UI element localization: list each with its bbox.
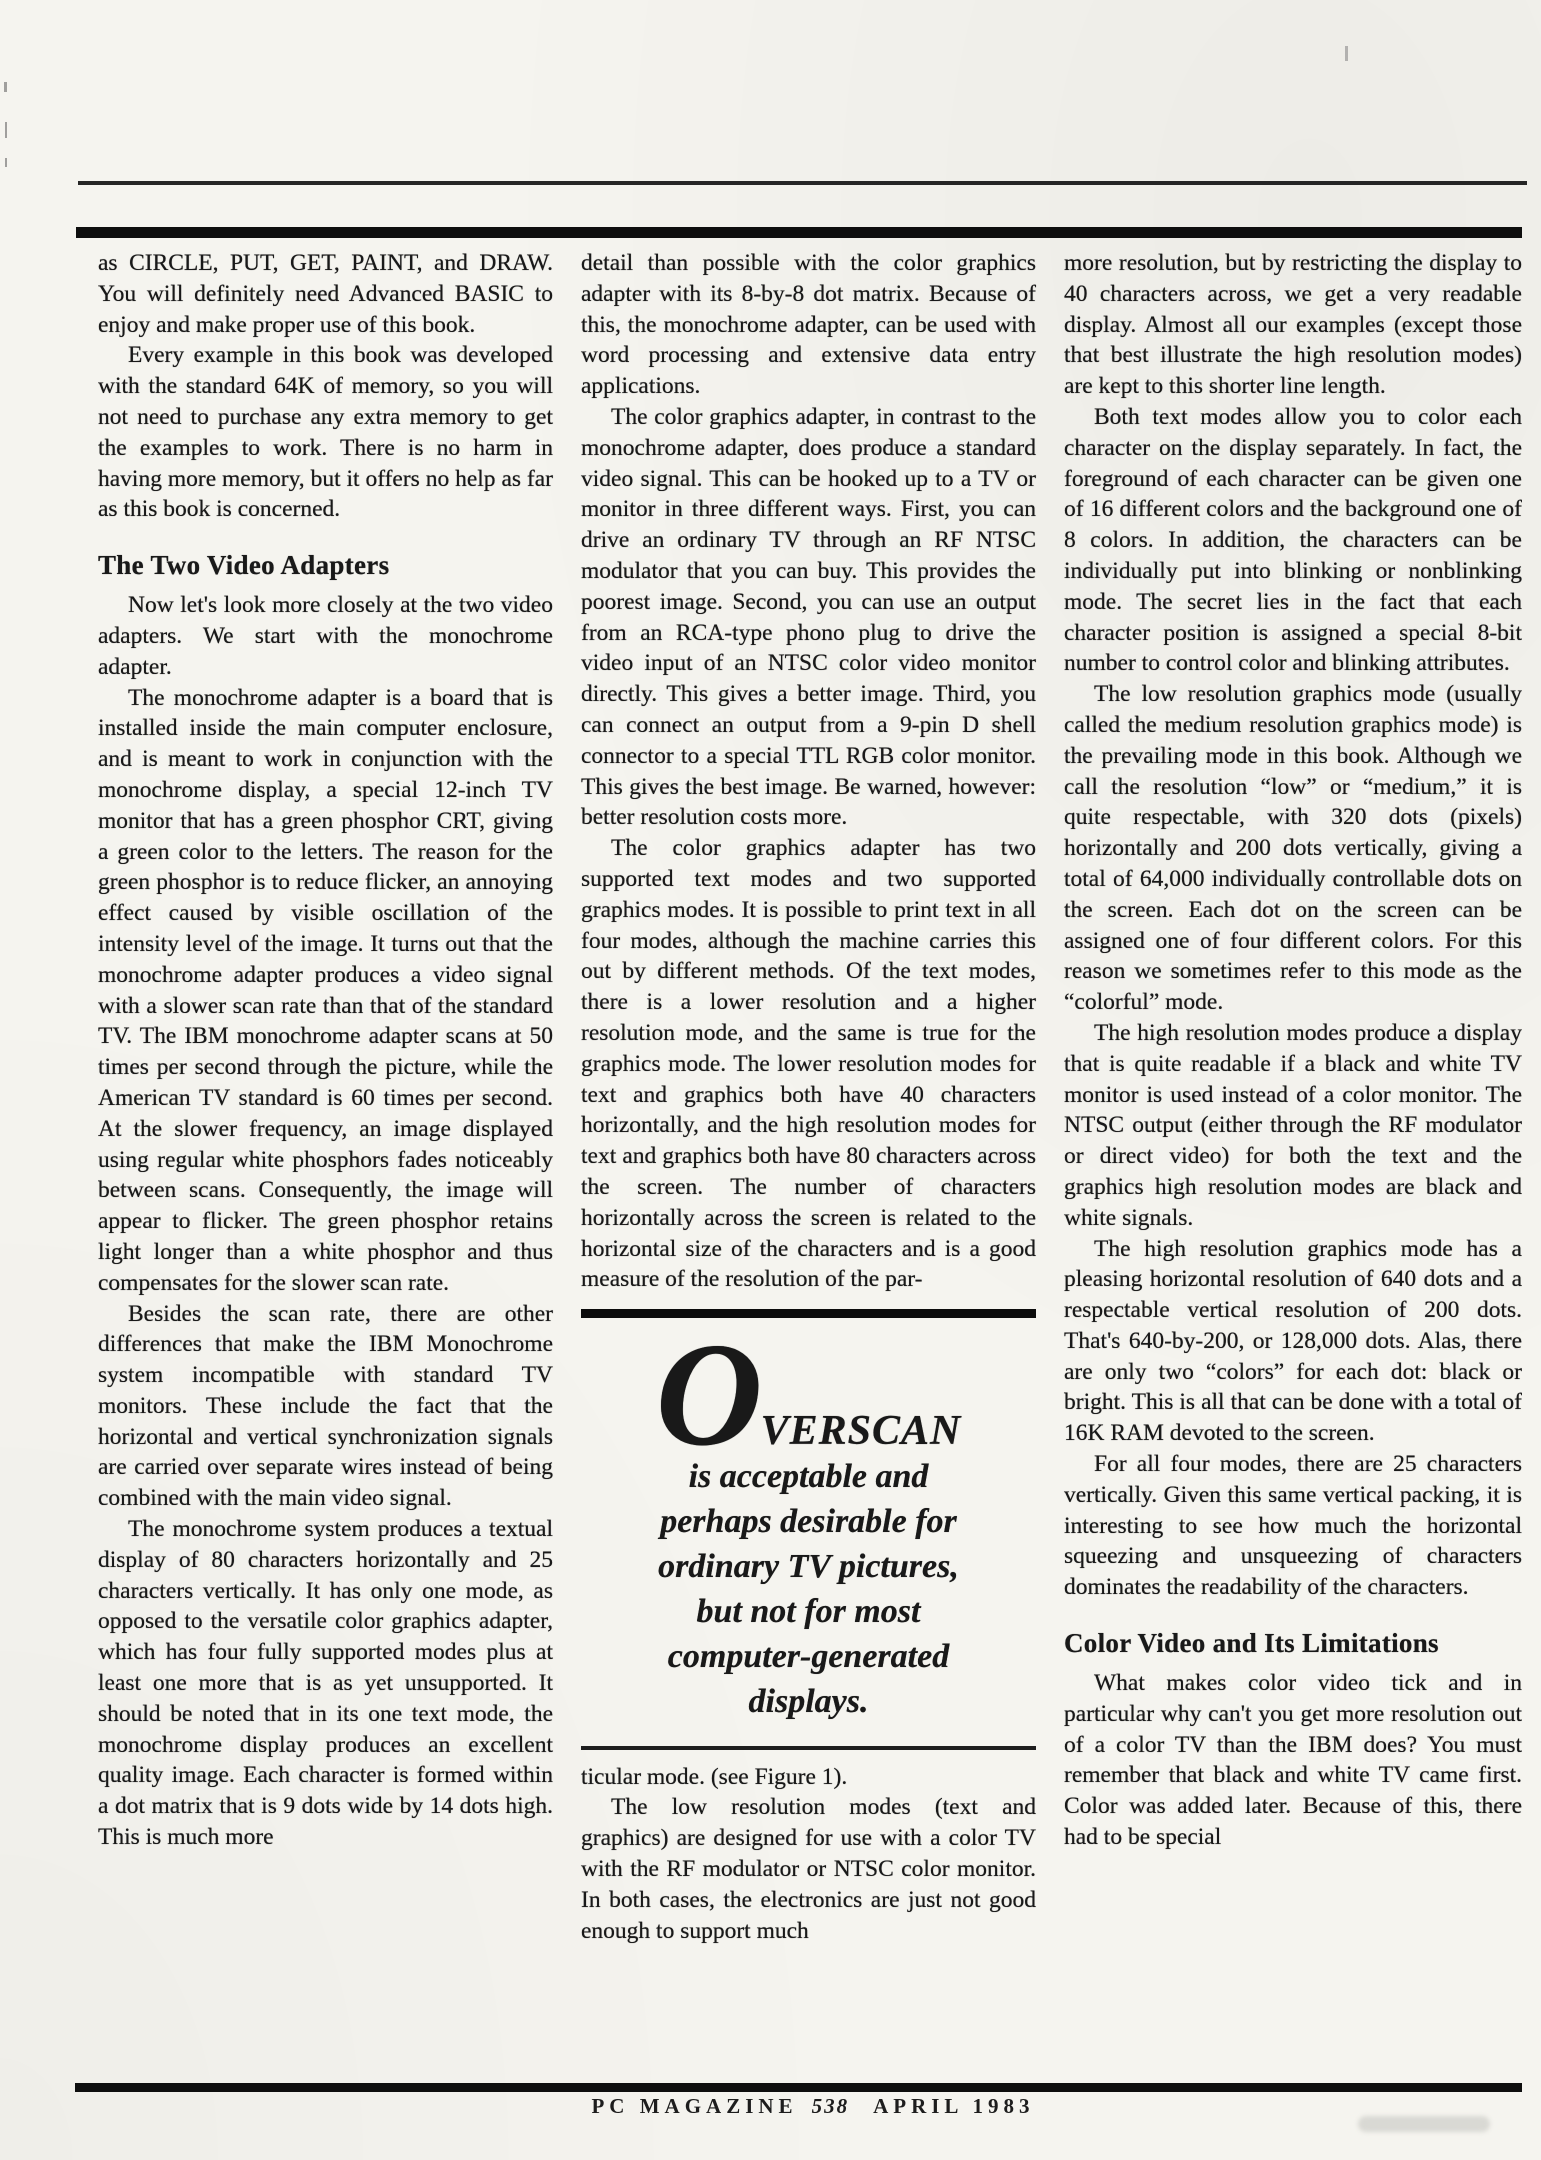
body-paragraph: The color graphics adapter, in contrast … — [581, 402, 1036, 833]
article-columns: as CIRCLE, PUT, GET, PAINT, and DRAW. Yo… — [98, 248, 1522, 2080]
scan-smudge-artifact — [1358, 2116, 1490, 2132]
body-paragraph: more resolution, but by restricting the … — [1064, 248, 1522, 402]
body-paragraph: Every example in this book was developed… — [98, 340, 553, 525]
pull-quote-top-rule — [581, 1309, 1036, 1318]
pull-quote-line: is acceptable and — [581, 1454, 1036, 1499]
bottom-rule — [75, 2083, 1522, 2092]
pull-quote-line: perhaps desirable for — [581, 1499, 1036, 1544]
pull-quote-line: computer-generated — [581, 1634, 1036, 1679]
body-paragraph: detail than possible with the color grap… — [581, 248, 1036, 402]
column-2: detail than possible with the color grap… — [581, 248, 1036, 2080]
body-paragraph: The low resolution modes (text and graph… — [581, 1792, 1036, 1946]
body-paragraph: Besides the scan rate, there are other d… — [98, 1299, 553, 1515]
pull-quote-lead-word: VERSCAN — [761, 1416, 962, 1447]
scan-artifact — [1345, 46, 1348, 61]
footer-magazine-name: PC MAGAZINE — [591, 2094, 797, 2118]
scanned-magazine-page: { "colors": { "paper": "#f5f4ef", "ink":… — [0, 0, 1541, 2160]
pull-quote-bottom-rule — [581, 1746, 1036, 1750]
page-footer: PC MAGAZINE538APRIL 1983 — [85, 2094, 1541, 2119]
body-paragraph: The color graphics adapter has two suppo… — [581, 833, 1036, 1295]
heading-color-video-and-its-limitations: Color Video and Its Limitations — [1064, 1627, 1522, 1660]
pull-quote-drop-cap: O — [656, 1338, 761, 1453]
heading-the-two-video-adapters: The Two Video Adapters — [98, 549, 553, 582]
body-paragraph: as CIRCLE, PUT, GET, PAINT, and DRAW. Yo… — [98, 248, 553, 340]
scan-artifact — [5, 122, 7, 138]
scan-artifact — [5, 158, 7, 167]
body-paragraph: The low resolution graphics mode (usuall… — [1064, 679, 1522, 1018]
body-paragraph: The high resolution graphics mode has a … — [1064, 1234, 1522, 1450]
column-3: more resolution, but by restricting the … — [1064, 248, 1522, 2080]
pull-quote-lead-line: OVERSCAN — [581, 1338, 1036, 1453]
scan-artifact — [4, 82, 7, 92]
body-paragraph: Both text modes allow you to color each … — [1064, 402, 1522, 679]
body-paragraph: What makes color video tick and in parti… — [1064, 1668, 1522, 1853]
pull-quote-line: but not for most — [581, 1589, 1036, 1634]
body-paragraph: The monochrome system produces a textual… — [98, 1514, 553, 1853]
footer-page-number: 538 — [812, 2094, 850, 2118]
body-paragraph: The high resolution modes produce a disp… — [1064, 1018, 1522, 1234]
body-paragraph: Now let's look more closely at the two v… — [98, 590, 553, 682]
pull-quote-line: ordinary TV pictures, — [581, 1544, 1036, 1589]
footer-date: APRIL 1983 — [873, 2094, 1034, 2118]
body-paragraph: For all four modes, there are 25 charact… — [1064, 1449, 1522, 1603]
page-sheet: as CIRCLE, PUT, GET, PAINT, and DRAW. Yo… — [0, 0, 1541, 2160]
top-thick-rule — [76, 227, 1522, 238]
body-paragraph: The monochrome adapter is a board that i… — [98, 683, 553, 1299]
body-paragraph: ticular mode. (see Figure 1). — [581, 1762, 1036, 1793]
pull-quote-line: displays. — [581, 1679, 1036, 1724]
pull-quote: OVERSCAN is acceptable and perhaps desir… — [581, 1309, 1036, 1749]
column-1: as CIRCLE, PUT, GET, PAINT, and DRAW. Yo… — [98, 248, 553, 2080]
top-thin-rule — [78, 181, 1527, 185]
